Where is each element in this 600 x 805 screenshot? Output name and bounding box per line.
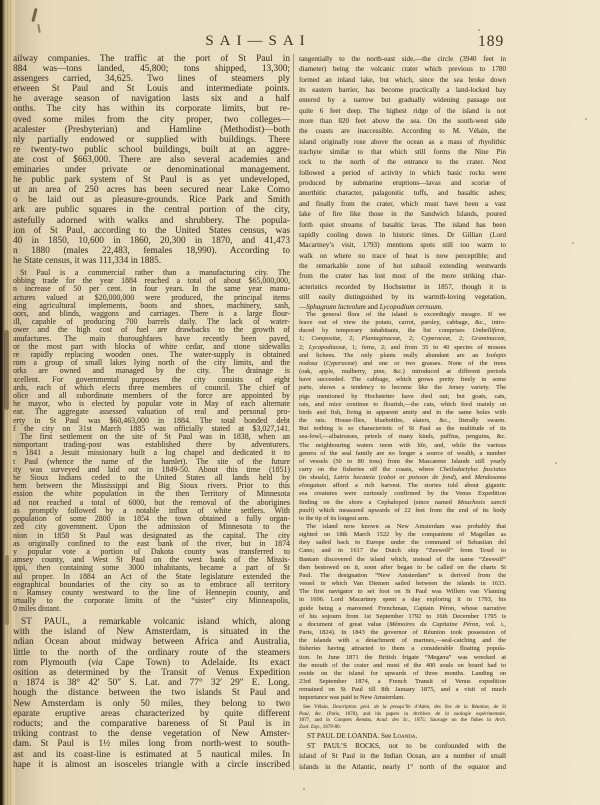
text-line: n 1880 (males 22,483, females 18,990). A… — [13, 246, 290, 256]
text-line: more than 820 feet above the sea. On the… — [299, 116, 506, 126]
text-line: etween St Paul and St Louis and intermed… — [13, 84, 290, 94]
text-line: Paul. The designation “New Amsterdam” is… — [299, 572, 506, 580]
text-block: The general flora of the island is excee… — [299, 311, 506, 523]
text-line: ate cost of $663,000. There are also sev… — [13, 155, 290, 165]
text-line: guide being a marooned Frenchman, Captai… — [299, 605, 506, 613]
text-line: Zool. Exp., 1879-80. — [299, 724, 506, 731]
text-line: The neighbouring waters teem with life, … — [299, 442, 506, 450]
text-line: hape it is almost an isosceles triangle … — [13, 760, 290, 770]
text-line: sea-fowl,—albatrosses, petrels of many k… — [299, 433, 506, 441]
text-line: forth quiet streams of basaltic lavas. T… — [299, 220, 506, 230]
text-line: of his sojourn from 1st September 1792 t… — [299, 613, 506, 621]
text-line: a document of great value (Mémoires du C… — [299, 621, 506, 629]
text-line: little to the north of the ordinary rout… — [13, 648, 290, 658]
text-line: acalester (Presbyterian) and Hamline (Me… — [13, 125, 290, 135]
text-line: See Vélain, Description géol. de la pres… — [299, 704, 506, 711]
text-line: produced by submarine eruptions—lavas an… — [299, 178, 506, 188]
text-line: anorthitic character, palagonitic tuffs,… — [299, 188, 506, 198]
text-line: island of St Paul in the Indian Ocean, a… — [299, 751, 506, 761]
text-line: he public park system of St Paul is as y… — [13, 175, 290, 185]
text-line: ailway companies. The traffic at the por… — [13, 54, 290, 64]
text-line: rapidly cooling down in historic times. … — [299, 230, 506, 240]
text-line: astefully adorned with walks and shrubbe… — [13, 216, 290, 226]
text-line: n 1874 is 38° 42′ 50″ S. Lat. and 77° 32… — [13, 678, 290, 688]
text-line: o be laid out as pleasure-grounds. Rice … — [13, 195, 290, 205]
text-line: onths. The city has within its corporate… — [13, 104, 290, 114]
text-line: and finally from the crater, which must … — [299, 199, 506, 209]
text-line: finding on the shore a Cephalopod (since… — [299, 499, 506, 507]
text-line: entered by a narrow but gradually wideni… — [299, 95, 506, 105]
paper-speck — [572, 242, 574, 244]
text-line: carry on the fisheries off the coasts, w… — [299, 466, 506, 474]
text-line: to the tip of its longest arm. — [299, 515, 506, 523]
text-line: then bestowed on it, soon after began to… — [299, 564, 506, 572]
text-line: importance was paid to New Amsterdam. — [299, 694, 506, 702]
paper-speck — [585, 118, 587, 120]
text-line: tion. In June 1871 the British frigate “… — [299, 654, 506, 662]
text-line: fisheries having attracted to them a con… — [299, 645, 506, 653]
text-line: 2; Lycopodiaceæ, 1; ferns, 2; and from 3… — [299, 344, 506, 352]
text-line: ST PAUL DE LOANDA. See Loanda. — [299, 731, 506, 741]
text-block: St Paul is a commercial rather than a ma… — [13, 269, 290, 614]
text-line: 0 miles distant. — [13, 605, 290, 613]
text-line: hough the distance between the two islan… — [13, 688, 290, 698]
column-divider — [293, 54, 294, 770]
text-line: sea creatures were curiously confirmed b… — [299, 490, 506, 498]
text-line: ST PAUL, a remarkable volcanic island wh… — [13, 617, 290, 627]
text-block: ST PAUL DE LOANDA. See Loanda.ST PAUL’S … — [299, 731, 506, 772]
text-line: rock to the north of the entrance to the… — [299, 157, 506, 167]
text-line: ndian Ocean about midway between Africa … — [13, 637, 290, 647]
edge-blotch — [4, 330, 9, 410]
text-line: The island now known as New Amsterdam wa… — [299, 523, 506, 531]
text-line: Bantam discovered the island which, inst… — [299, 556, 506, 564]
text-line: dam. St Paul is 1½ miles long from north… — [13, 739, 290, 749]
text-line: ion of St Paul, according to the United … — [13, 226, 290, 236]
text-line: still easily distinguished by its warmth… — [299, 292, 506, 302]
text-line: oved some miles from the city proper, tw… — [13, 115, 290, 125]
text-line: New Amsterdam is only 50 miles, they bel… — [13, 699, 290, 709]
text-line: 1; Compositæ, 2; Plantaginaceæ, 2; Cyper… — [299, 335, 506, 343]
text-block: See Vélain, Description géol. de la pres… — [299, 704, 506, 730]
text-line: ST PAUL’S ROCKS, not to be confounded wi… — [299, 741, 506, 751]
text-line: have succeeded. The cabbage, which grows… — [299, 376, 506, 384]
right-column: tangentially to the north-east side,—the… — [299, 0, 506, 805]
text-line: nly partially endowed or supplied with b… — [13, 135, 290, 145]
text-line: ark are public squares in the central po… — [13, 205, 290, 215]
text-line: lake of fire like those in the Sandwich … — [299, 209, 506, 219]
text-line: walk on where no trace of heat is now pe… — [299, 251, 506, 261]
text-line: duced by temporary inhabitants, the list… — [299, 327, 506, 335]
text-line: acteristics recorded by Hochstetter in 1… — [299, 282, 506, 292]
text-line: of vessels (50 to 80 tons) from the Masc… — [299, 458, 506, 466]
text-line: rats, and mice continue to flourish,—the… — [299, 401, 506, 409]
text-line: Paris, 1824). In 1843 the governor of Ré… — [299, 629, 506, 637]
text-line: he State census, it was 111,334 in 1885. — [13, 256, 290, 266]
text-line: in 1696. Lord Macartney spent a day expl… — [299, 596, 506, 604]
text-line: pigs mentioned by Hochstetter have died … — [299, 393, 506, 401]
text-line: the rats. House-flies, bluebottles, slat… — [299, 417, 506, 425]
text-line: the remarkable zone of hot subsoil exten… — [299, 261, 506, 271]
text-line: and lichens. The only plants really abun… — [299, 352, 506, 360]
book-page: SAI—SAI 189 ailway companies. The traffi… — [0, 0, 600, 805]
paper-speck — [555, 462, 557, 464]
text-line: ast and its coast-line is estimated at 5… — [13, 750, 290, 760]
text-line: 1877, and in Comptes Rendus, Acad. des S… — [299, 717, 506, 724]
text-line: tangentially to the north-east side,—the… — [299, 54, 506, 64]
text-line: birds and fish, living in apparent amity… — [299, 409, 506, 417]
text-line: Cano; and in 1617 the Dutch ship “Zeewol… — [299, 547, 506, 555]
text-line: rom Plymouth (via Cape Town) to Adelaide… — [13, 658, 290, 668]
text-line: from the crater has lost most of the mor… — [299, 271, 506, 281]
text-line: reside on the island for upwards of thre… — [299, 670, 506, 678]
text-line: formed an inland lake, but which, since … — [299, 75, 506, 85]
text-line: diameter) being the volcanic crater whic… — [299, 64, 506, 74]
left-column: ailway companies. The traffic at the por… — [13, 0, 290, 805]
edge-blotch — [5, 555, 9, 625]
text-block: The island now known as New Amsterdam wa… — [299, 523, 506, 702]
text-line: the coasts are inaccessible. According t… — [299, 126, 506, 136]
text-line: islands in the Atlantic, nearly 1° north… — [299, 762, 506, 772]
text-line: the mouth of the crater and most of the … — [299, 662, 506, 670]
text-line: with the island of New Amsterdam, is sit… — [13, 627, 290, 637]
text-block: ST PAUL, a remarkable volcanic island wh… — [13, 617, 290, 770]
text-line: eparate eruptive areas characterized by … — [13, 709, 290, 719]
text-line: quite 6 feet deep. The highest ridge of … — [299, 106, 506, 116]
text-line: pauli) which measured upwards of 22 feet… — [299, 507, 506, 515]
text-line: re twenty-two public school buildings, b… — [13, 145, 290, 155]
text-line: eminaries under private or denominationa… — [13, 165, 290, 175]
text-line: its eastern barrier, has become practica… — [299, 85, 506, 95]
text-line: The general flora of the island is excee… — [299, 311, 506, 319]
text-line: island originally rose above the ocean a… — [299, 137, 506, 147]
text-line: 884 was—tons landed, 45,800; tons shippe… — [13, 64, 290, 74]
text-line: Macartney’s visit, 1793) mentions spots … — [299, 240, 506, 250]
text-line: 40 in 1850, 10,600 in 1860, 20,300 in 18… — [13, 236, 290, 246]
text-block: tangentially to the north-east side,—the… — [299, 54, 506, 313]
text-line: he average season of navigation lasts si… — [13, 94, 290, 104]
text-line: nodosa (Cyperaceæ) and one or two grasse… — [299, 360, 506, 368]
text-line: parts, shows a tendency to become like t… — [299, 384, 506, 392]
text-line: ut an area of 250 acres has been secured… — [13, 185, 290, 195]
text-line: remained on St Paul till 8th January 187… — [299, 686, 506, 694]
text-line: followed a period of activity in which b… — [299, 168, 506, 178]
text-line: roducts; and the comparative bareness of… — [13, 719, 290, 729]
text-line: genera of the seal family are no longer … — [299, 450, 506, 458]
text-line: 23rd September 1874, a French Transit of… — [299, 678, 506, 686]
text-block: ailway companies. The traffic at the por… — [13, 54, 290, 266]
text-line: trachyte similar to that which still for… — [299, 147, 506, 157]
text-line: The first navigator to set foot on St Pa… — [299, 588, 506, 596]
text-line: triking contrast to the dense vegetation… — [13, 729, 290, 739]
text-line: osition as determined by the Transit of … — [13, 668, 290, 678]
text-line: assengers carried, 34,625. Two lines of … — [13, 74, 290, 84]
